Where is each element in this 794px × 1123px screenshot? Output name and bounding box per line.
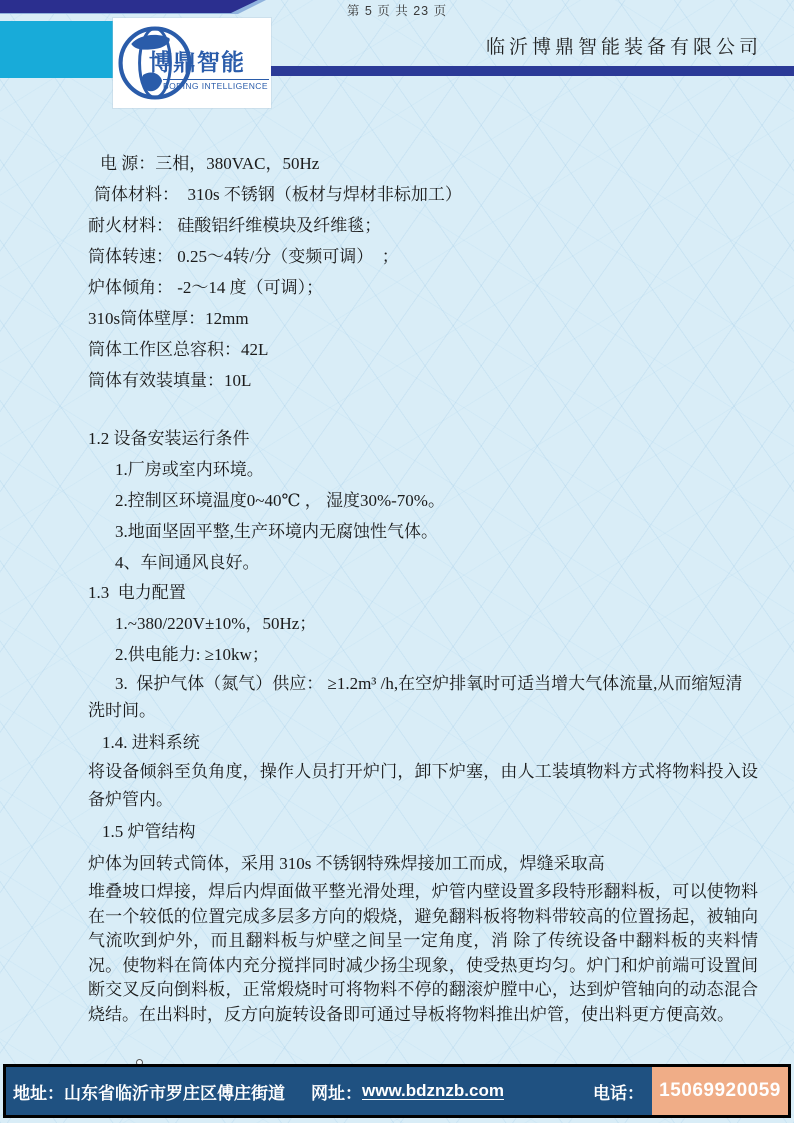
website-link[interactable]: www.bdznzb.com bbox=[362, 1081, 504, 1101]
section-paragraph: 堆叠坡口焊接，焊后内焊面做平整光滑处理，炉管内壁设置多段特形翻料板，可以使物料在… bbox=[88, 880, 758, 1027]
header-teal-block bbox=[0, 21, 113, 78]
phone-number-box: 15069920059 bbox=[652, 1067, 788, 1115]
address-label: 地址： bbox=[13, 1079, 64, 1104]
phone-label: 电话： bbox=[593, 1079, 644, 1104]
spec-line: 耐火材料： 硅酸铝纤维模块及纤维毯； bbox=[88, 210, 758, 241]
address-value: 山东省临沂市罗庄区傅庄街道 bbox=[64, 1079, 285, 1104]
spec-line: 炉体倾角： -2～14 度（可调）； bbox=[88, 272, 758, 303]
footer-bar: 地址：山东省临沂市罗庄区傅庄街道 网址：www.bdznzb.com 电话： 1… bbox=[3, 1064, 791, 1118]
page-indicator: 第 5 页 共 23 页 bbox=[0, 1, 794, 19]
website-label: 网址： bbox=[311, 1079, 362, 1104]
spec-line: 筒体工作区总容积：42L bbox=[88, 334, 758, 365]
section-heading-1-4: 1.4. 进料系统 bbox=[88, 728, 758, 758]
spec-line: 筒体有效装填量：10L bbox=[88, 365, 758, 396]
document-body: 电 源：三相，380VAC，50Hz 筒体材料： 310s 不锈钢（板材与焊材非… bbox=[88, 148, 758, 1027]
logo-name-en: BODING INTELLIGENCE bbox=[163, 79, 269, 91]
list-item: 1.厂房或室内环境。 bbox=[88, 454, 758, 485]
section-paragraph: 炉体为回转式筒体，采用 310s 不锈钢特殊焊接加工而成，焊缝采取高 bbox=[88, 849, 758, 878]
spec-line: 310s筒体壁厚：12mm bbox=[88, 303, 758, 334]
phone-number: 15069920059 bbox=[659, 1080, 781, 1102]
list-item: 2.供电能力: ≥10kw； bbox=[88, 639, 758, 670]
spec-line: 筒体材料： 310s 不锈钢（板材与焊材非标加工） bbox=[88, 179, 758, 210]
spec-line: 电 源：三相，380VAC，50Hz bbox=[88, 148, 758, 179]
spec-list: 电 源：三相，380VAC，50Hz 筒体材料： 310s 不锈钢（板材与焊材非… bbox=[88, 148, 758, 396]
list-item: 4、车间通风良好。 bbox=[88, 547, 758, 578]
section-heading-1-5: 1.5 炉管结构 bbox=[88, 817, 758, 847]
section-heading-1-3: 1.3 电力配置 bbox=[88, 578, 758, 608]
logo-name-cn: 博鼎智能 bbox=[149, 44, 269, 77]
company-logo: 博鼎智能 BODING INTELLIGENCE bbox=[113, 18, 271, 108]
header-divider bbox=[271, 66, 794, 76]
list-item: 3. 保护气体（氮气）供应： ≥1.2m³ /h,在空炉排氧时可适当增大气体流量… bbox=[88, 670, 758, 724]
list-item: 2.控制区环境温度0~40℃ ， 湿度30%-70%。 bbox=[88, 485, 758, 516]
list-item: 1.~380/220V±10%，50Hz； bbox=[88, 608, 758, 639]
list-item: 3.地面坚固平整,生产环境内无腐蚀性气体。 bbox=[88, 516, 758, 547]
section-paragraph: 将设备倾斜至负角度，操作人员打开炉门，卸下炉塞，由人工装填物料方式将物料投入设备… bbox=[88, 758, 758, 813]
company-name: 临沂博鼎智能装备有限公司 bbox=[486, 32, 762, 59]
spec-line: 筒体转速： 0.25～4转/分（变频可调） ； bbox=[88, 241, 758, 272]
section-heading-1-2: 1.2 设备安装运行条件 bbox=[88, 424, 758, 454]
